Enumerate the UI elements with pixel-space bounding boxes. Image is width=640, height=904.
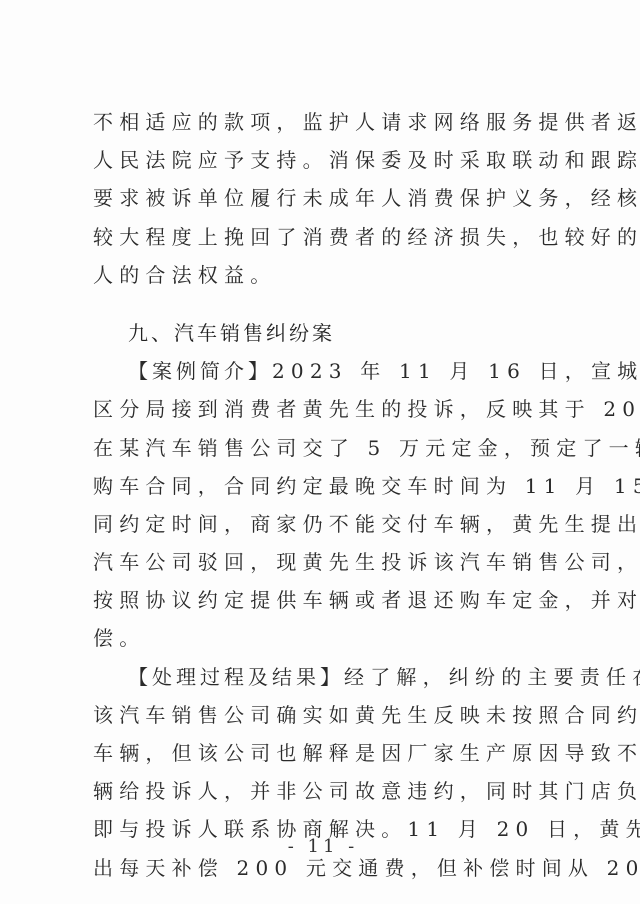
text-line: 区分局接到消费者黄先生的投诉，反映其于 2023 年 10 月 6 日 [93,390,547,428]
text-line-content: 经了解，纠纷的主要责任在于商家， [344,665,640,689]
text-line-content: 2023 年 11 月 16 日，宣城市市场监管局经开 [272,359,640,383]
text-line: 【案例简介】2023 年 11 月 16 日，宣城市市场监管局经开 [93,352,547,390]
process-result-label: 【处理过程及结果】 [128,665,344,689]
text-line: 辆给投诉人，并非公司故意违约，同时其门店负责人表示会立 [93,772,547,810]
text-line: 偿。 [93,619,547,657]
text-line: 购车合同，合同约定最晚交车时间为 11 月 15 日，现已超过合 [93,467,547,505]
text-line: 在某汽车销售公司交了 5 万元定金，预定了一辆汽车并签订了 [93,429,547,467]
text-line: 同约定时间，商家仍不能交付车辆，黄先生提出退车却一直被 [93,505,547,543]
page-number: - 11 - [0,836,640,857]
document-body: 不相适应的款项，监护人请求网络服务提供者返还该款项的， 人民法院应予支持。消保委… [93,103,547,887]
text-line: 人的合法权益。 [93,256,547,294]
text-line: 该汽车销售公司确实如黄先生反映未按照合同约定时间交付 [93,696,547,734]
section-heading: 九、汽车销售纠纷案 [93,314,547,352]
text-line: 汽车公司驳回，现黄先生投诉该汽车销售公司，要求对方立即 [93,543,547,581]
text-line: 人民法院应予支持。消保委及时采取联动和跟踪回访等方式， [93,141,547,179]
section-gap [93,294,547,314]
case-summary-label: 【案例简介】 [128,359,272,383]
intro-paragraph: 不相适应的款项，监护人请求网络服务提供者返还该款项的， 人民法院应予支持。消保委… [93,103,547,294]
text-line: 要求被诉单位履行未成年人消费保护义务，经核实沟通调解， [93,179,547,217]
text-line: 不相适应的款项，监护人请求网络服务提供者返还该款项的， [93,103,547,141]
text-line: 车辆，但该公司也解释是因厂家生产原因导致不能按时交付车 [93,734,547,772]
text-line: 【处理过程及结果】经了解，纠纷的主要责任在于商家， [93,658,547,696]
text-line: 按照协议约定提供车辆或者退还购车定金，并对消费者进行赔 [93,581,547,619]
case-summary-paragraph: 【案例简介】2023 年 11 月 16 日，宣城市市场监管局经开 区分局接到消… [93,352,547,658]
text-line: 较大程度上挽回了消费者的经济损失，也较好的保护了未成年 [93,218,547,256]
